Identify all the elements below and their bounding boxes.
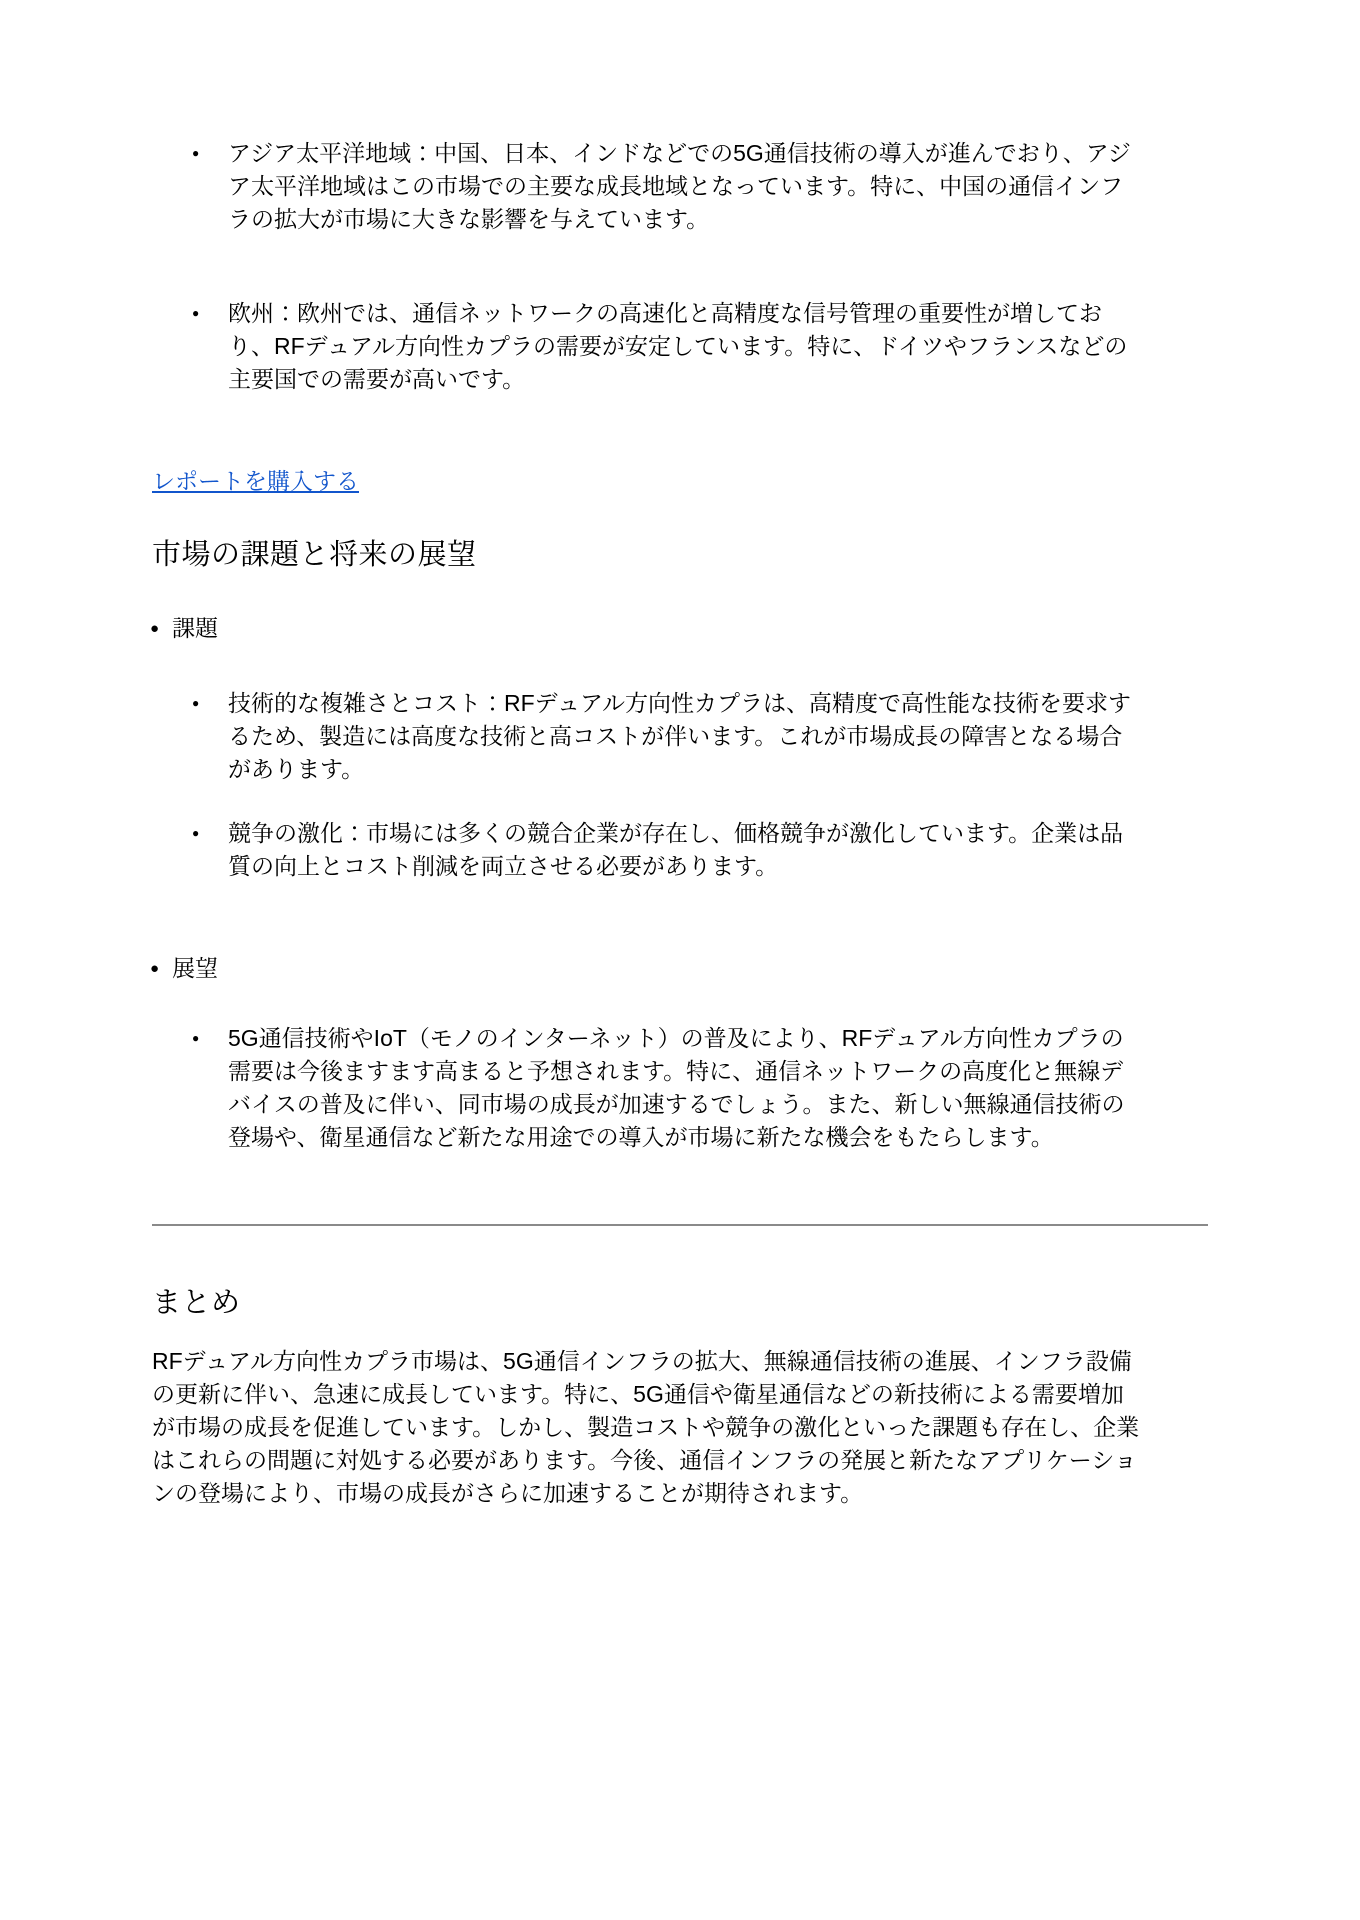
region-bullet-list: ● アジア太平洋地域：中国、日本、インドなどでの5G通信技術の導入が進んでおり、… [0, 137, 1360, 396]
summary-paragraph: RFデュアル方向性カプラ市場は、5G通信インフラの拡大、無線通信技術の進展、イン… [152, 1345, 1144, 1510]
list-item: ● 5G通信技術やIoT（モノのインターネット）の普及により、RFデュアル方向性… [192, 1022, 1140, 1154]
list-item: ● 競争の激化：市場には多くの競合企業が存在し、価格競争が激化しています。企業は… [192, 817, 1140, 883]
challenge-item-text: 競争の激化：市場には多くの競合企業が存在し、価格競争が激化しています。企業は品質… [228, 817, 1140, 883]
outlook-item-text: 5G通信技術やIoT（モノのインターネット）の普及により、RFデュアル方向性カプ… [228, 1022, 1140, 1154]
purchase-report-link[interactable]: レポートを購入する [152, 468, 359, 494]
bullet-icon: ● [150, 952, 172, 985]
outlook-sub-list: ● 5G通信技術やIoT（モノのインターネット）の普及により、RFデュアル方向性… [0, 1022, 1360, 1154]
group-label: 課題 [172, 612, 1130, 645]
document-page: ● アジア太平洋地域：中国、日本、インドなどでの5G通信技術の導入が進んでおり、… [0, 0, 1360, 1920]
region-bullet-text: 欧州：欧州では、通信ネットワークの高速化と高精度な信号管理の重要性が増しており、… [228, 297, 1140, 396]
list-item: ● 技術的な複雑さとコスト：RFデュアル方向性カプラは、高精度で高性能な技術を要… [192, 687, 1140, 786]
group-label-row: ● 展望 [150, 952, 1130, 985]
group-label: 展望 [172, 952, 1130, 985]
list-item: ● 欧州：欧州では、通信ネットワークの高速化と高精度な信号管理の重要性が増してお… [192, 297, 1140, 396]
bullet-icon: ● [192, 1022, 228, 1154]
challenges-sub-list: ● 技術的な複雑さとコスト：RFデュアル方向性カプラは、高精度で高性能な技術を要… [0, 687, 1360, 883]
outlook-group: ● 展望 ● 5G通信技術やIoT（モノのインターネット）の普及により、RFデュ… [0, 952, 1360, 1154]
list-item: ● アジア太平洋地域：中国、日本、インドなどでの5G通信技術の導入が進んでおり、… [192, 137, 1140, 236]
region-bullet-text: アジア太平洋地域：中国、日本、インドなどでの5G通信技術の導入が進んでおり、アジ… [228, 137, 1140, 236]
bullet-icon: ● [192, 817, 228, 883]
bullet-icon: ● [192, 297, 228, 396]
bullet-icon: ● [192, 137, 228, 236]
summary-section-heading: まとめ [152, 1283, 1360, 1323]
challenge-item-text: 技術的な複雑さとコスト：RFデュアル方向性カプラは、高精度で高性能な技術を要求す… [228, 687, 1140, 786]
purchase-link-line: レポートを購入する [152, 465, 1360, 498]
group-label-row: ● 課題 [150, 612, 1130, 645]
challenges-group: ● 課題 ● 技術的な複雑さとコスト：RFデュアル方向性カプラは、高精度で高性能… [0, 612, 1360, 883]
challenges-section-heading: 市場の課題と将来の展望 [152, 535, 1360, 575]
bullet-icon: ● [150, 612, 172, 645]
bullet-icon: ● [192, 687, 228, 786]
section-divider [152, 1224, 1208, 1226]
